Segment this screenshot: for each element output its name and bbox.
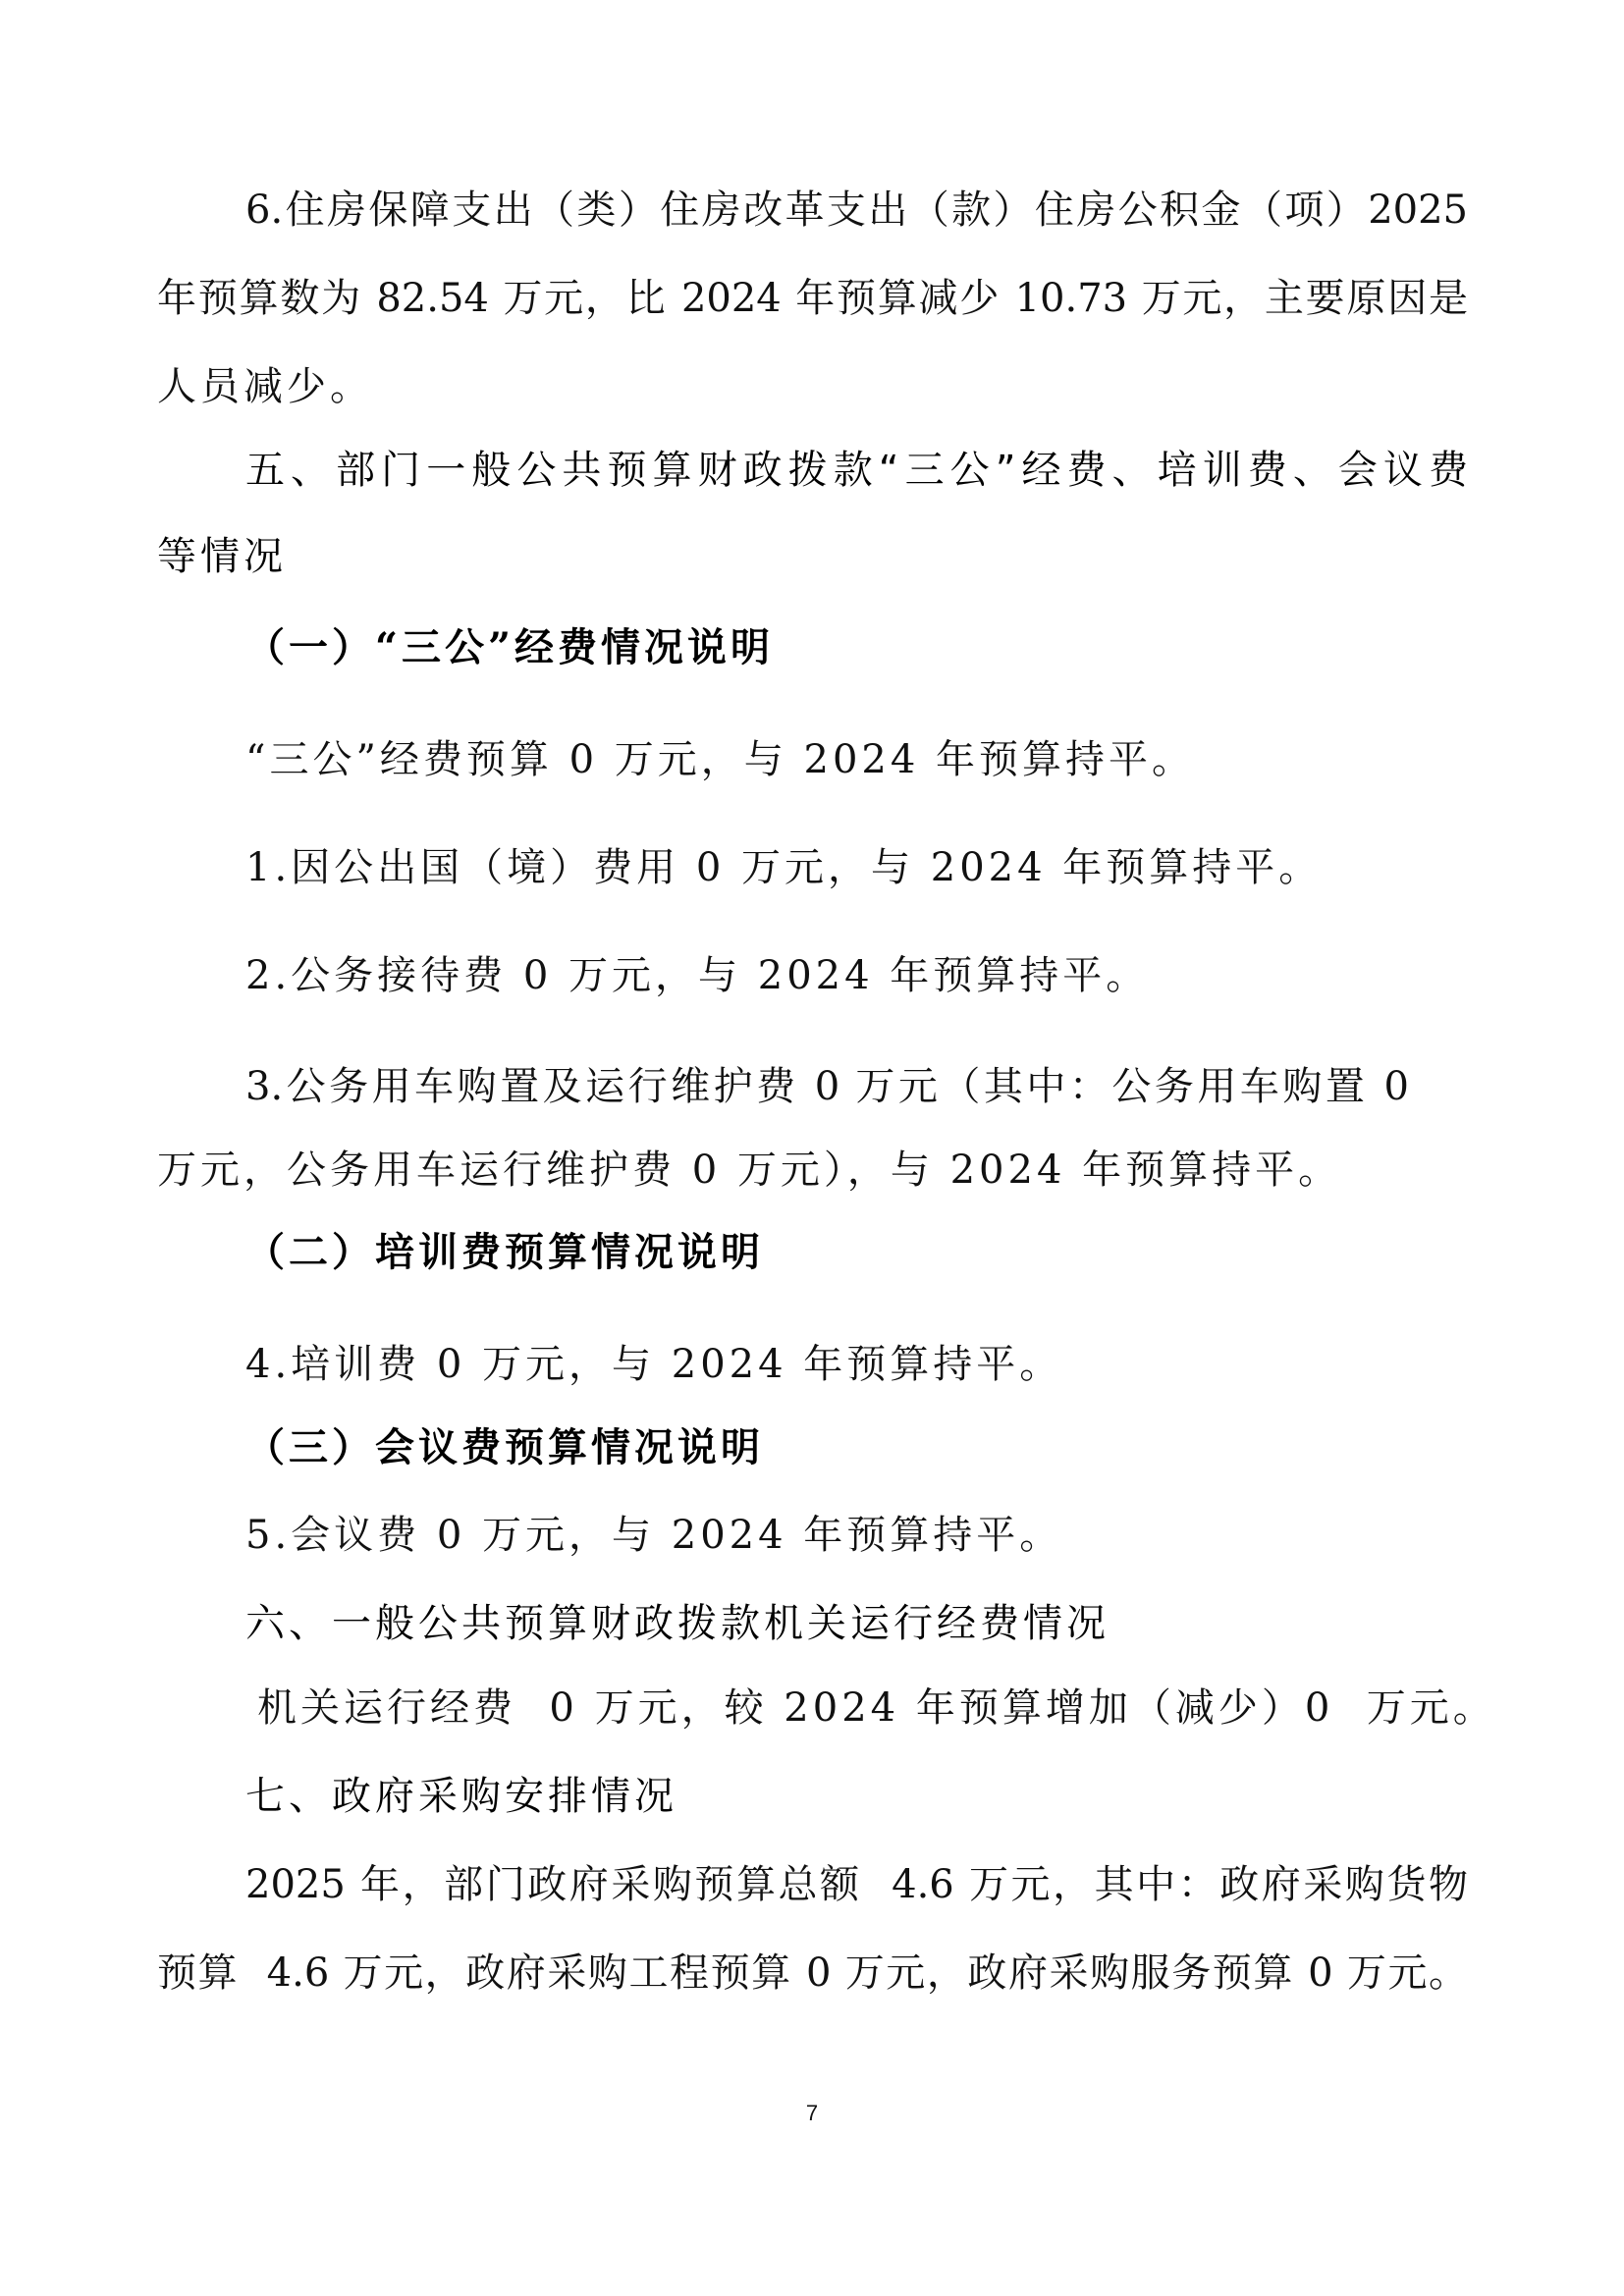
- paragraph-procurement-line-1: 2025 年，部门政府采购预算总额 4.6 万元，其中：政府采购货物: [245, 1861, 1468, 1908]
- paragraph-operating-cost: 机关运行经费 0 万元，较 2024 年预算增加（减少）0 万元。: [257, 1684, 1573, 1732]
- paragraph-sangong-total: “三公”经费预算 0 万元，与 2024 年预算持平。: [245, 736, 1561, 783]
- list-item-vehicle-line-1: 3.公务用车购置及运行维护费 0 万元（其中：公务用车购置 0: [245, 1063, 1409, 1110]
- section-heading-five-line-2: 等情况: [157, 533, 1473, 580]
- list-item-overseas-travel: 1.因公出国（境）费用 0 万元，与 2024 年预算持平。: [245, 844, 1561, 891]
- section-heading-five-line-1: 五、部门一般公共预算财政拨款“三公”经费、培训费、会议费: [245, 447, 1468, 494]
- section-heading-seven: 七、政府采购安排情况: [245, 1773, 1561, 1820]
- page-number: 7: [0, 2101, 1624, 2126]
- section-heading-six: 六、一般公共预算财政拨款机关运行经费情况: [245, 1600, 1561, 1647]
- subheading-training: （二）培训费预算情况说明: [245, 1229, 1561, 1276]
- paragraph-housing-fund-line-3: 人员减少。: [157, 363, 1473, 410]
- list-item-training-fee: 4.培训费 0 万元，与 2024 年预算持平。: [245, 1341, 1561, 1388]
- list-item-vehicle-line-2: 万元，公务用车运行维护费 0 万元），与 2024 年预算持平。: [157, 1147, 1473, 1194]
- subheading-sangong: （一）“三公”经费情况说明: [245, 624, 1561, 671]
- list-item-meeting-fee: 5.会议费 0 万元，与 2024 年预算持平。: [245, 1512, 1561, 1559]
- paragraph-housing-fund-line-1: 6.住房保障支出（类）住房改革支出（款）住房公积金（项）2025: [245, 187, 1468, 234]
- subheading-meeting: （三）会议费预算情况说明: [245, 1424, 1561, 1471]
- document-page: 6.住房保障支出（类）住房改革支出（款）住房公积金（项）2025 年预算数为 8…: [0, 0, 1624, 2296]
- paragraph-housing-fund-line-2: 年预算数为 82.54 万元，比 2024 年预算减少 10.73 万元，主要原…: [157, 275, 1468, 322]
- paragraph-procurement-line-2: 预算 4.6 万元，政府采购工程预算 0 万元，政府采购服务预算 0 万元。: [157, 1949, 1468, 1997]
- list-item-official-reception: 2.公务接待费 0 万元，与 2024 年预算持平。: [245, 952, 1561, 999]
